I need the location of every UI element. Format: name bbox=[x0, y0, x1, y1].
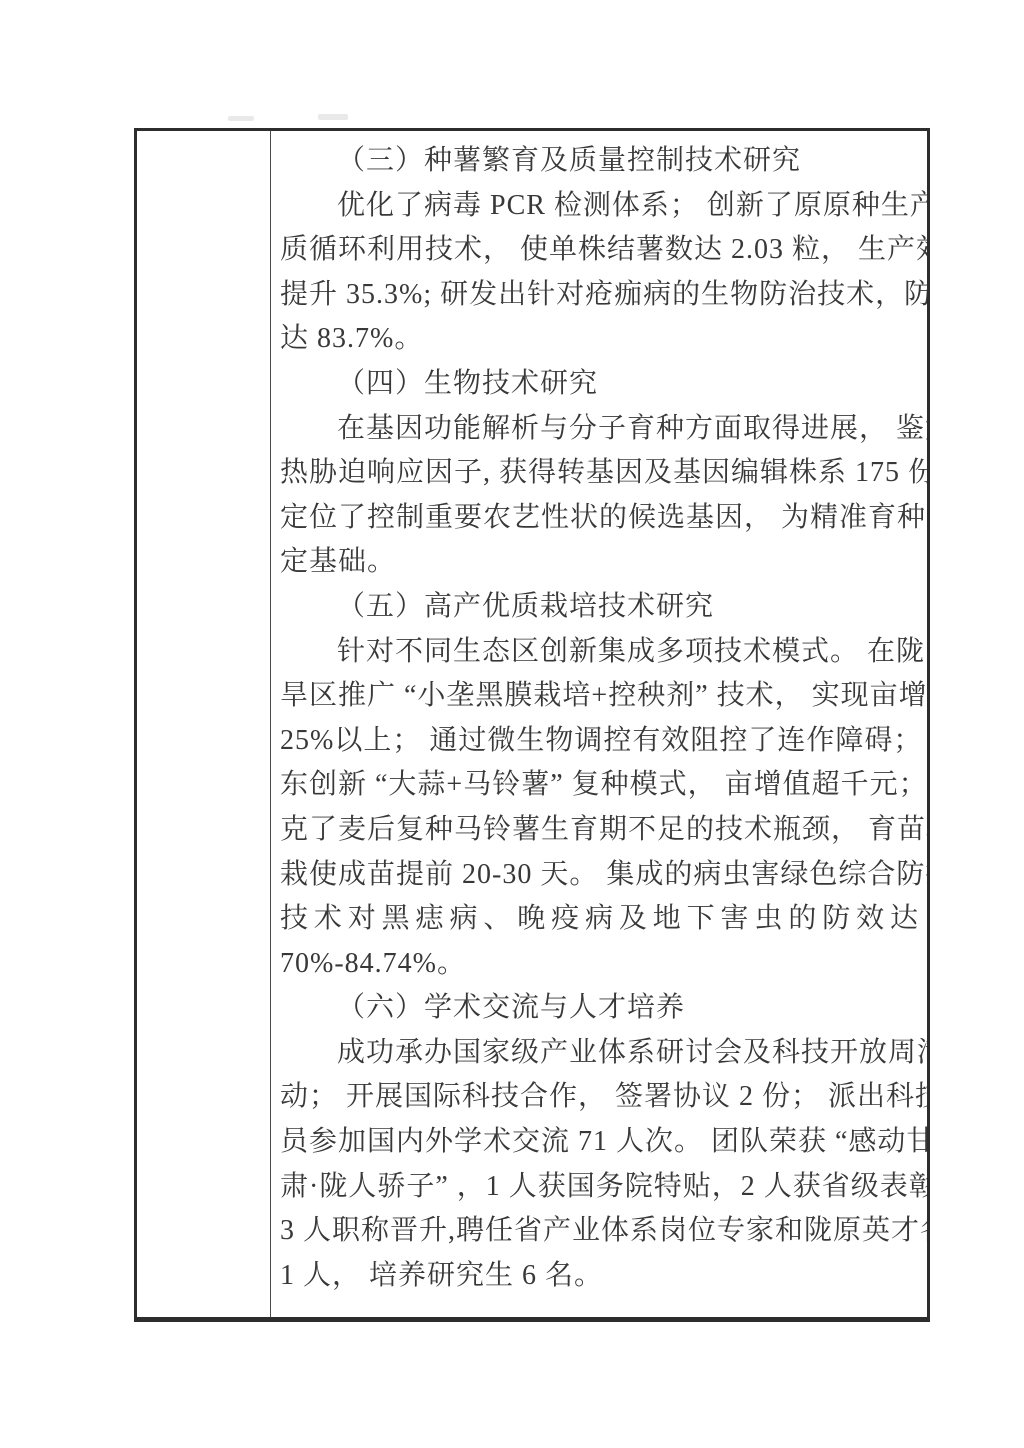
text-line: 技术对黑痣病、晚疫病及地下害虫的防效达 bbox=[280, 897, 920, 942]
report-table: （三）种薯繁育及质量控制技术研究优化了病毒 PCR 检测体系； 创新了原原种生产… bbox=[134, 128, 930, 1322]
text-line: （四）生物技术研究 bbox=[280, 362, 920, 407]
scan-artifact bbox=[318, 114, 348, 120]
text-line: 提升 35.3%; 研发出针对疮痂病的生物防治技术，防效 bbox=[280, 273, 920, 318]
text-line: 克了麦后复种马铃薯生育期不足的技术瓶颈， 育苗移 bbox=[280, 808, 920, 853]
text-line: 达 83.7%。 bbox=[280, 317, 920, 362]
table-cell-content: （三）种薯繁育及质量控制技术研究优化了病毒 PCR 检测体系； 创新了原原种生产… bbox=[271, 131, 927, 1317]
text-line: 东创新 “大蒜+马铃薯” 复种模式， 亩增值超千元； 攻 bbox=[280, 763, 920, 808]
text-line: 栽使成苗提前 20-30 天。 集成的病虫害绿色综合防控 bbox=[280, 853, 920, 898]
table-cell-left-empty bbox=[137, 131, 271, 1317]
text-line: 1 人， 培养研究生 6 名。 bbox=[280, 1254, 920, 1299]
text-line: （六）学术交流与人才培养 bbox=[280, 986, 920, 1031]
text-line: 质循环利用技术， 使单株结薯数达 2.03 粒， 生产效率 bbox=[280, 228, 920, 273]
text-line: 旱区推广 “小垄黑膜栽培+控秧剂” 技术， 实现亩增产 bbox=[280, 674, 920, 719]
text-line: 员参加国内外学术交流 71 人次。 团队荣获 “感动甘 bbox=[280, 1120, 920, 1165]
content-lines: （三）种薯繁育及质量控制技术研究优化了病毒 PCR 检测体系； 创新了原原种生产… bbox=[280, 139, 920, 1298]
text-line: 热胁迫响应因子, 获得转基因及基因编辑株系 175 份, bbox=[280, 451, 920, 496]
text-line: 70%-84.74%。 bbox=[280, 942, 920, 987]
text-line: 动； 开展国际科技合作， 签署协议 2 份； 派出科技人 bbox=[280, 1075, 920, 1120]
text-line: 25%以上； 通过微生物调控有效阻控了连作障碍； 在陇 bbox=[280, 719, 920, 764]
text-line: 3 人职称晋升,聘任省产业体系岗位专家和陇原英才各 bbox=[280, 1209, 920, 1254]
text-line: （三）种薯繁育及质量控制技术研究 bbox=[280, 139, 920, 184]
text-line: 在基因功能解析与分子育种方面取得进展， 鉴定 bbox=[280, 407, 920, 452]
scan-artifact bbox=[228, 116, 254, 121]
text-line: 针对不同生态区创新集成多项技术模式。 在陇中 bbox=[280, 630, 920, 675]
text-line: 定位了控制重要农艺性状的候选基因， 为精准育种奠 bbox=[280, 496, 920, 541]
text-line: （五）高产优质栽培技术研究 bbox=[280, 585, 920, 630]
text-line: 定基础。 bbox=[280, 540, 920, 585]
text-line: 肃·陇人骄子” ，1 人获国务院特贴，2 人获省级表彰, bbox=[280, 1165, 920, 1210]
text-line: 优化了病毒 PCR 检测体系； 创新了原原种生产基 bbox=[280, 184, 920, 229]
scanned-document-page: （三）种薯繁育及质量控制技术研究优化了病毒 PCR 检测体系； 创新了原原种生产… bbox=[0, 0, 1024, 1448]
text-line: 成功承办国家级产业体系研讨会及科技开放周活 bbox=[280, 1031, 920, 1076]
